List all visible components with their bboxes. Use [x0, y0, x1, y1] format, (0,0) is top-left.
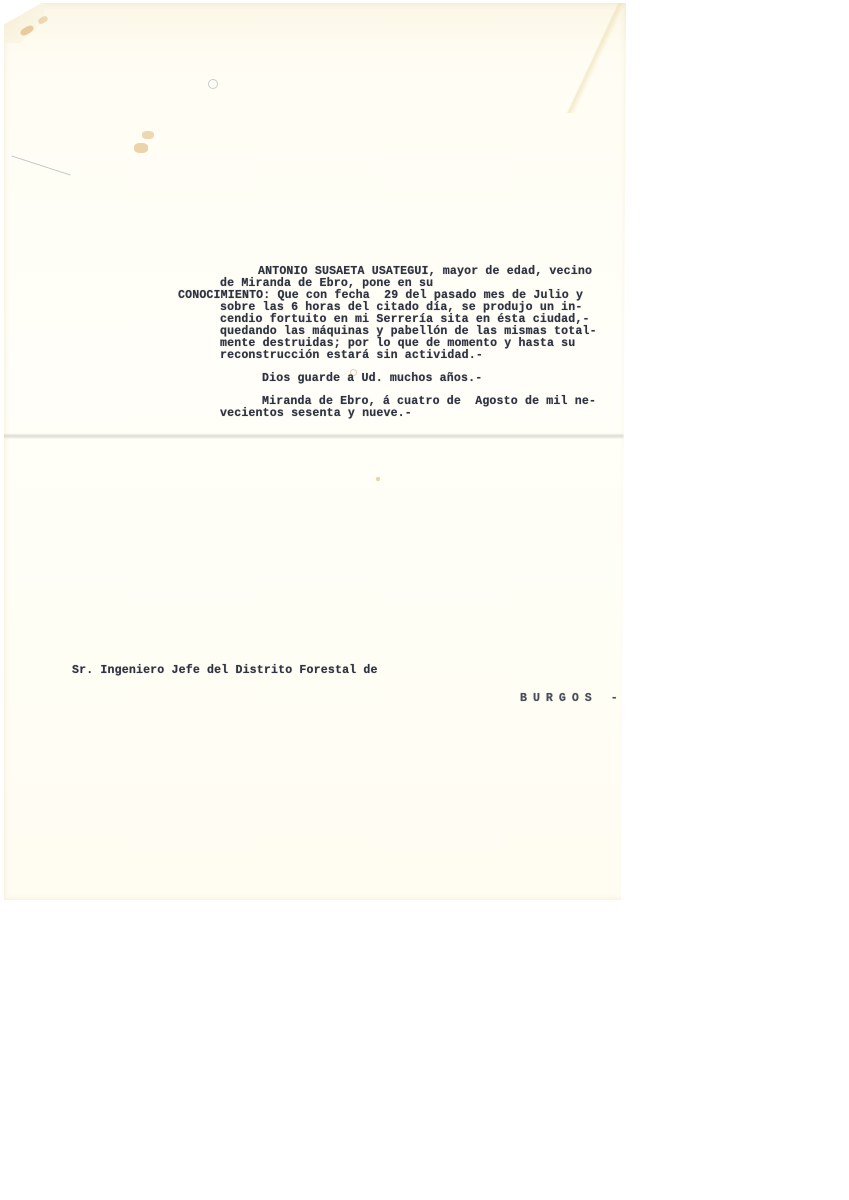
rust-stain — [19, 24, 35, 37]
paper-sheet: ANTONIO SUSAETA USATEGUI, mayor de edad,… — [4, 3, 626, 900]
date-line-2: vecientos sesenta y nueve.- — [220, 408, 412, 420]
closing-salutation: Dios guarde a Ud. muchos años.- — [262, 373, 482, 385]
horizontal-fold-line — [4, 433, 626, 439]
rust-stain — [376, 477, 380, 481]
ink-smudge — [208, 79, 218, 89]
rust-stain — [37, 15, 49, 25]
body-line-6: reconstrucción estará sin actividad.- — [220, 350, 483, 362]
corner-crease — [564, 3, 624, 113]
addressee: Sr. Ingeniero Jefe del Distrito Forestal… — [72, 665, 378, 677]
rust-stain — [134, 143, 148, 153]
pencil-mark — [11, 155, 70, 175]
rust-stain — [142, 131, 154, 139]
addressee-city: BURGOS - — [520, 693, 624, 705]
